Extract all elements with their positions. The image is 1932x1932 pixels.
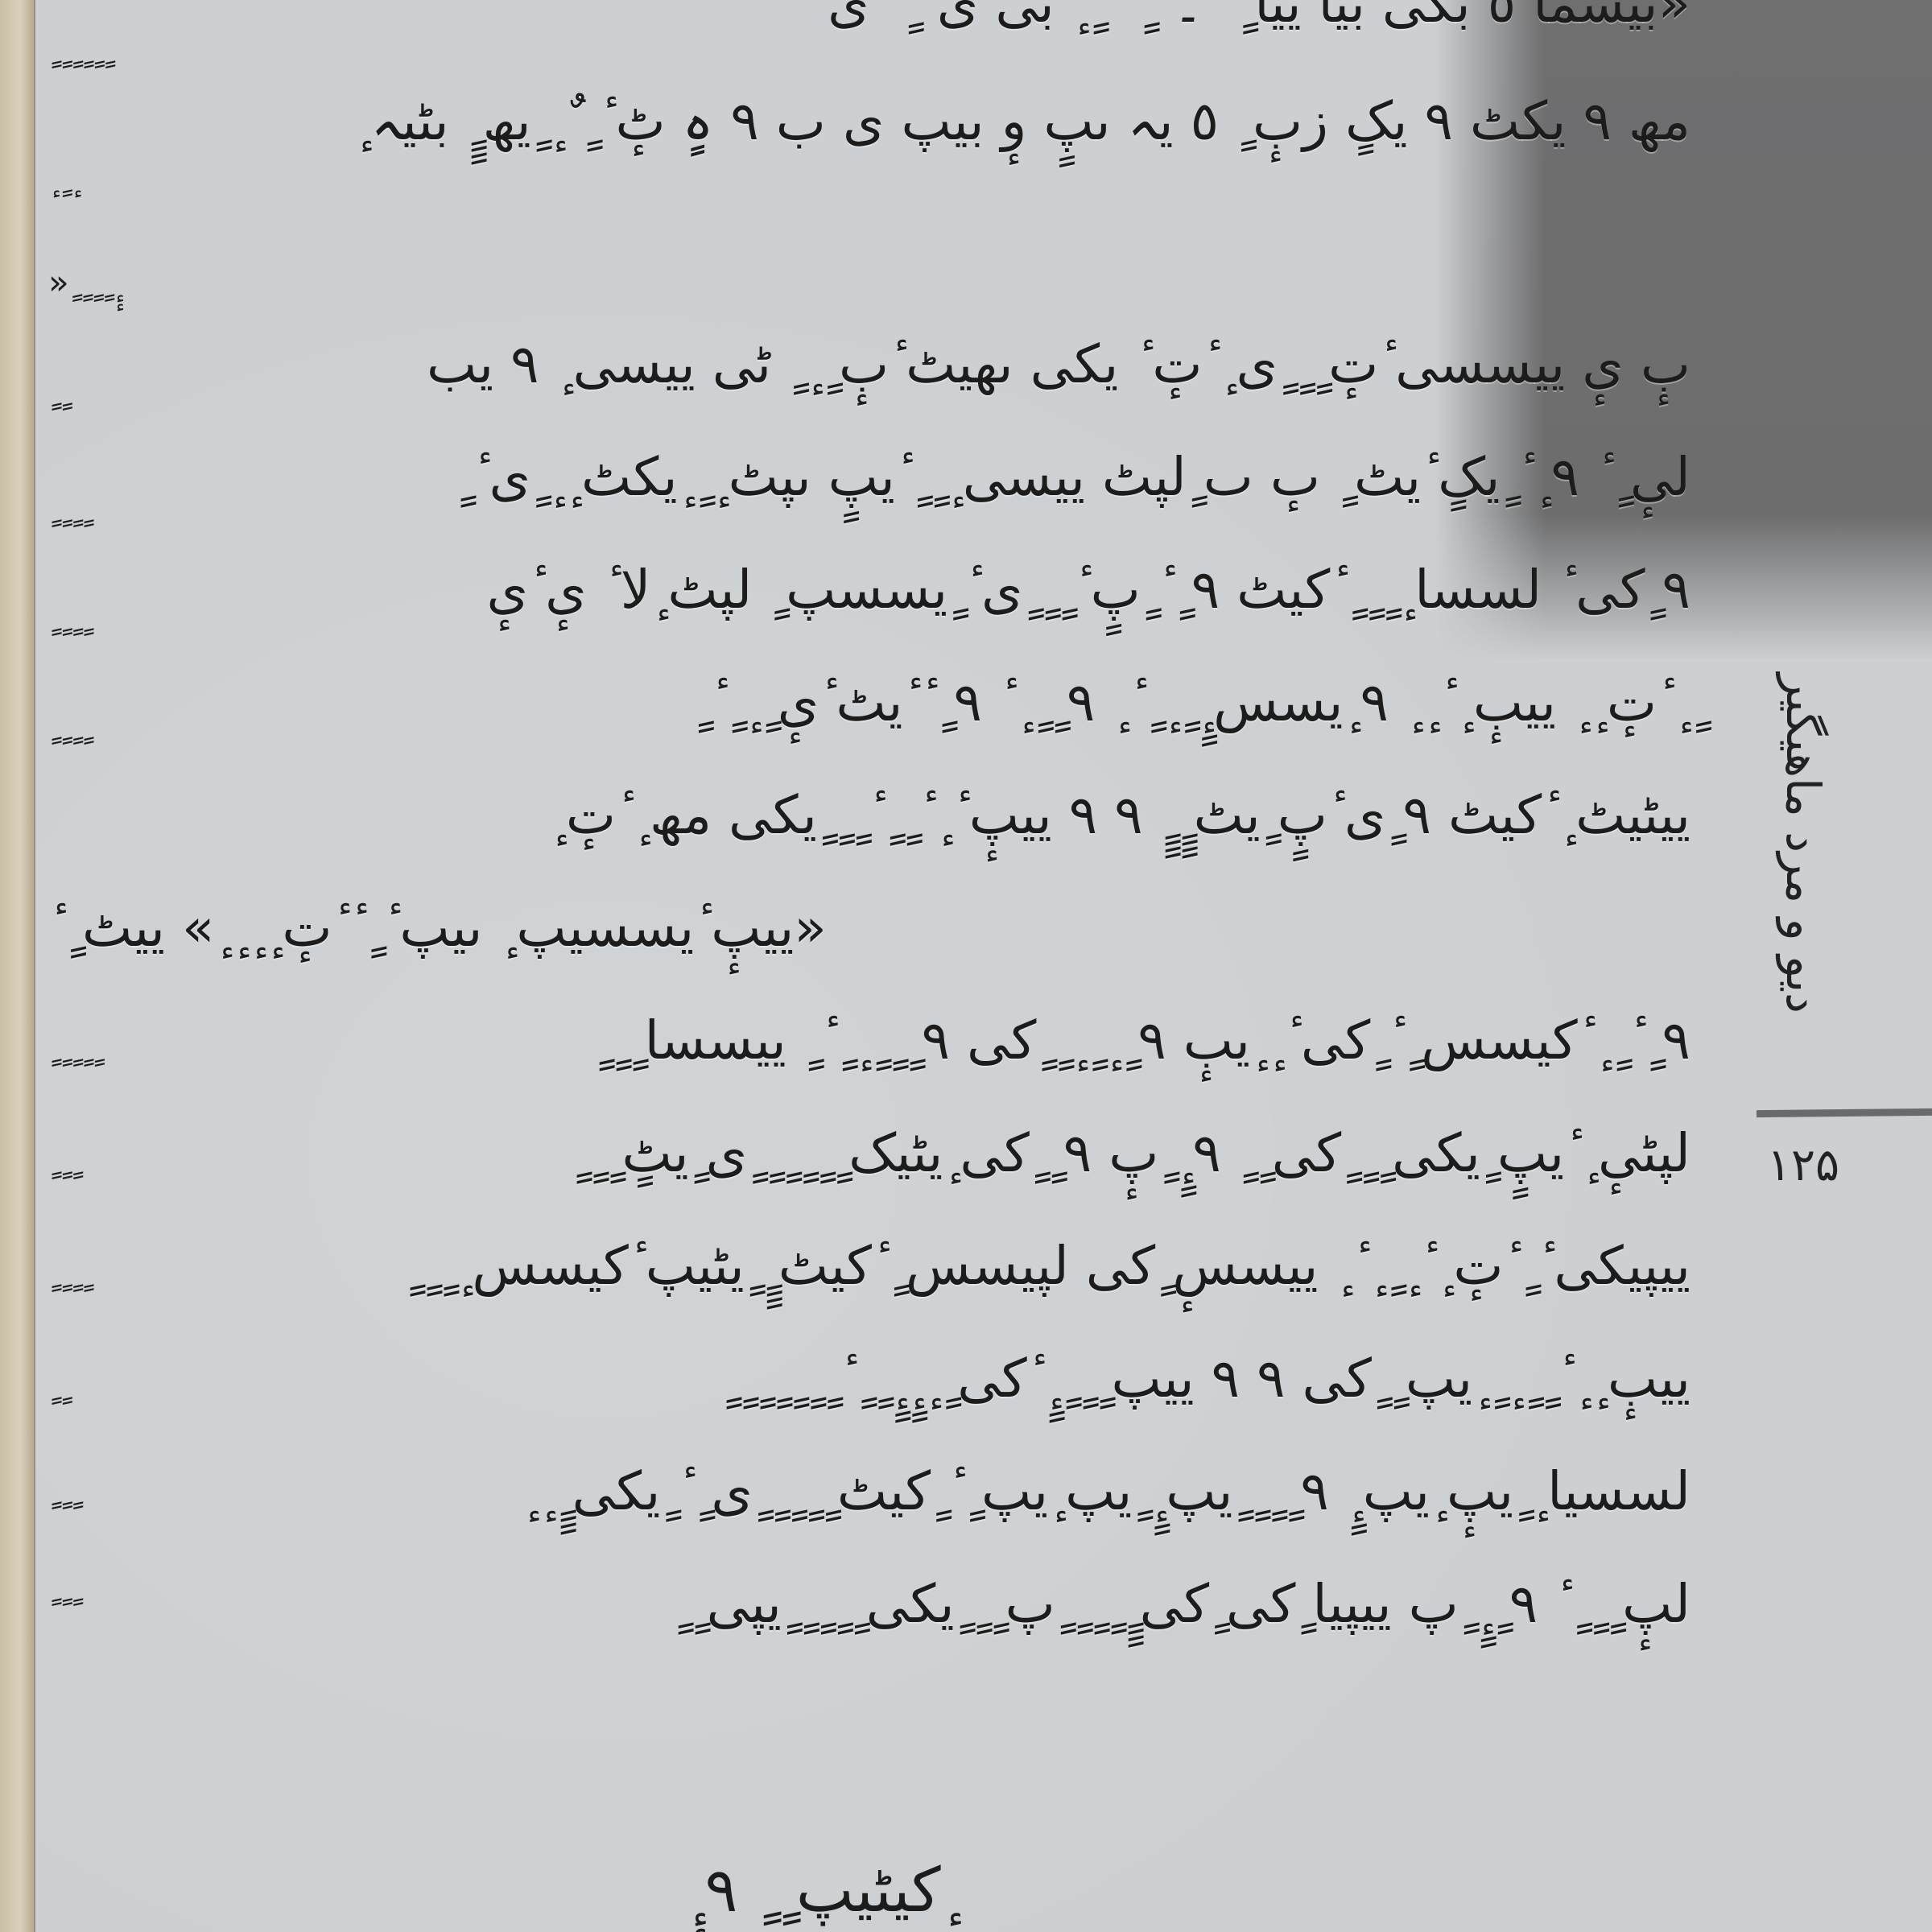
text-line: لپٹیٕ ٕ ٔیپٍ ٍیکی ٍ ٍ ٍکی ٍ ٍ ٩ ٍٕ ٍپٕ ٩…: [572, 1127, 1690, 1180]
text-line: ییبٕ ٕ ٕ ٔ ٍ ٍ ٕ ٍ ٕیپ ٍ ٍکی ٩ ٩ ییپ ٍ ٍ…: [721, 1352, 1691, 1406]
text-line: بٕ یٕ ییسسی ٔتٕ ٍ ٍ ٍی ٕ ٔتٕ ٔ یکی ٮھیٹ …: [427, 338, 1690, 391]
margin-overflow-text: ٍ ٍ ٍ ٍ ٍ: [48, 1030, 91, 1064]
text-line: «بیسما ٥ ٌبکی ٔبیا ییاٌ ٍ ٌٔ ۔ ٔ ٍ ٌ ٔ ٍ…: [828, 0, 1690, 31]
text-line: ییٹیٹ ٕ ٔکیٹ ٩ ٍی ٔپٍ ٍیٹ ٍٍ ٍٍ ٩ ٩ ییپٕ…: [549, 789, 1690, 842]
margin-overflow-text: ٍ ٍ: [48, 1368, 59, 1402]
margin-overflow-text: ٍ ٍ ٍ ٍ: [48, 600, 80, 634]
book-page: [34, 0, 1932, 1932]
text-line: لپٕ ٍ ٍ ٍ ٔ ٩ ٍ ٍٕ ٍپ ییپیا ٍکی ٍکی ٍٍ ٍ…: [673, 1578, 1690, 1631]
text-line: ٍ ٕ ٔتٕ ٕ ٕ ییبٕ ٕ ٔ ٕ ٕ ٩ ٕیسس ٍٕ ٍ ٕ ٍ…: [693, 676, 1690, 729]
margin-overflow-text: ٍ ٍ ٍ ٍ: [48, 1256, 80, 1290]
text-line: مھ ٩ یکٹ ٩ یکٍ زبٕ ٍ ٥ یہ ٮپٍ وٕ بیپ ی ب…: [354, 95, 1690, 148]
margin-overflow-text: ٍ ٍ ٍ: [48, 1143, 70, 1177]
margin-overflow-text: ٕٕ ٍ ٍ ٍ ٍ«: [48, 266, 112, 299]
margin-overflow-text: ٍ ٍ ٍ ٍ: [48, 708, 80, 742]
text-line: ییپیکی ٔ ٍ ٔتٕ ٕ ٔ ٕ ٍ ٕ ٔ ٕ ییسسٕ ٍکی ل…: [405, 1240, 1690, 1293]
page-number: ۱۲۵: [1763, 1143, 1843, 1188]
text-line: لیٕ ٍ ٔ ٩ ٕ ٔ ٍیکٍ ٔیٹ ٍ ٮٕ ٮ ٍلپٹ ییسی …: [455, 451, 1690, 504]
margin-overflow-text: ٍ ٍ ٍ: [48, 1473, 70, 1507]
section-heading: ٕکیٹیپ ٍ ٍ ٩ ٕٕ: [555, 1860, 1071, 1921]
text-line: «ییپٕ ٔیسسیپ ٕ ٮیپ ٔ ٍ ٔ ٔتٕ ٕ ٕ ٕ ٕ» یی…: [48, 902, 827, 955]
margin-overflow-text: ٍ ٍ ٍ ٍ ٍ ٍ: [48, 32, 102, 66]
running-header: دیو و مرد ماهیگیر: [1780, 772, 1827, 1013]
margin-overflow-text: ٍ ٍ ٍ ٍ: [48, 491, 80, 525]
margin-overflow-text: ٕ ٍ ٕ: [48, 161, 70, 195]
text-line: لسسیا ٕ ٍیپٕ ٕیپ ٍٕ ٩ ٍ ٍ ٍ ٍیپ ٍٕ ٍیپ ٕ…: [522, 1465, 1690, 1518]
text-line: ٩ ٍ ٔ ٍ ٕ ٔکیسس ٍ ٔ ٍکی ٔ ٕ ٕیبٕ ٩ ٍ ٕ ٍ…: [594, 1014, 1690, 1067]
book-binding-edge: [0, 0, 34, 1932]
margin-overflow-text: ٍ ٍ: [48, 374, 59, 408]
margin-overflow-text: ٍ ٍ ٍ: [48, 1570, 70, 1604]
text-line: ٩ ٍکی ٔ لسسا ٕ ٍ ٍ ٍ ٔکیٹ ٩ ٍ ٔ ٍپٍ ٔ ٍ …: [487, 563, 1691, 617]
